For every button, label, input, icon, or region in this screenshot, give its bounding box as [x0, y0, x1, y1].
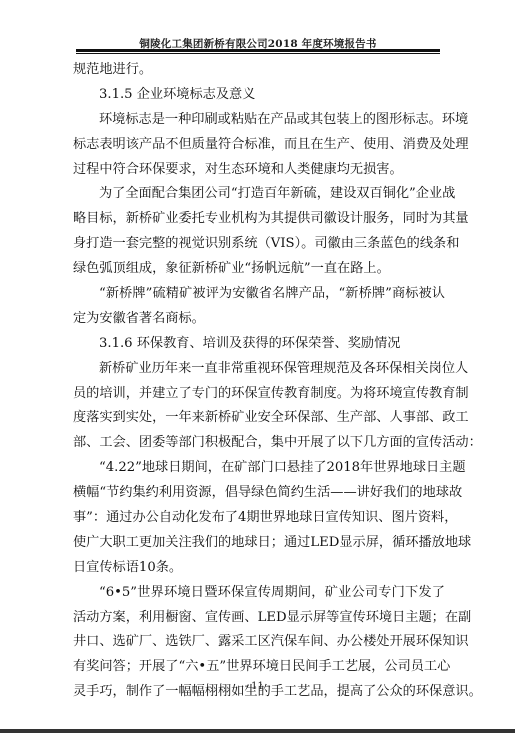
text-line: 有奖问答；开展了“六•五”世界环境日民间手工艺展，公司员工心 — [73, 655, 445, 680]
text-line: 度落实到实处，一年来新桥矿业安全环保部、生产部、人事部、政工 — [73, 406, 445, 431]
text-line: 定为安徽省著名商标。 — [73, 307, 445, 332]
text-line: “新桥牌”硫精矿被评为安徽省名牌产品，“新桥牌”商标被认 — [73, 282, 445, 307]
text-line: 过程中符合环保要求，对生态环境和人类健康均无损害。 — [73, 158, 445, 183]
header-rule-thin — [76, 53, 440, 54]
page-number: - 11 - — [0, 681, 515, 692]
text-line: 事”：通过办公自动化发布了4期世界地球日宣传知识、图片资料， — [73, 506, 445, 531]
text-line: 横幅“节约集约利用资源，倡导绿色简约生活——讲好我们的地球故 — [73, 481, 445, 506]
text-line: 规范地进行。 — [73, 58, 445, 83]
text-line: 员的培训，并建立了专门的环保宣传教育制度。为将环境宣传教育制 — [73, 382, 445, 407]
text-line: 为了全面配合集团公司“打造百年新硫，建设双百铜化”企业战 — [73, 182, 445, 207]
section-heading: 3.1.5 企业环境标志及意义 — [73, 83, 445, 108]
header-rule-thick — [76, 49, 440, 52]
text-line: “4.22”地球日期间，在矿部门口悬挂了2018年世界地球日主题 — [73, 456, 445, 481]
document-body: 规范地进行。3.1.5 企业环境标志及意义环境标志是一种印刷或粘贴在产品或其包装… — [73, 58, 445, 705]
text-line: 标志表明该产品不但质量符合标准，而且在生产、使用、消费及处理 — [73, 133, 445, 158]
text-line: 部、工会、团委等部门积极配合，集中开展了以下几方面的宣传活动： — [73, 431, 445, 456]
text-line: 活动方案，利用橱窗、宣传画、LED显示屏等宣传环境日主题；在副 — [73, 606, 445, 631]
text-line: 环境标志是一种印刷或粘贴在产品或其包装上的图形标志。环境 — [73, 108, 445, 133]
text-line: “6•5”世界环境日暨环保宣传周期间，矿业公司专门下发了 — [73, 581, 445, 606]
viewer-bottom-edge — [0, 729, 515, 733]
text-line: 使广大职工更加关注我们的地球日；通过LED显示屏，循环播放地球 — [73, 531, 445, 556]
text-line: 新桥矿业历年来一直非常重视环保管理规范及各环保相关岗位人 — [73, 357, 445, 382]
text-line: 日宣传标语10条。 — [73, 556, 445, 581]
text-line: 井口、选矿厂、选铁厂、露采工区汽保车间、办公楼处开展环保知识 — [73, 630, 445, 655]
document-page: 铜陵化工集团新桥有限公司2018 年度环境报告书 规范地进行。3.1.5 企业环… — [0, 0, 515, 729]
text-line: 绿色弧顶组成，象征新桥矿业“扬帆远航”一直在路上。 — [73, 257, 445, 282]
text-line: 身打造一套完整的视觉识别系统（VIS）。司徽由三条蓝色的线条和 — [73, 232, 445, 257]
text-line: 略目标，新桥矿业委托专业机构为其提供司徽设计服务，同时为其量 — [73, 207, 445, 232]
section-heading: 3.1.6 环保教育、培训及获得的环保荣誉、奖励情况 — [73, 332, 445, 357]
